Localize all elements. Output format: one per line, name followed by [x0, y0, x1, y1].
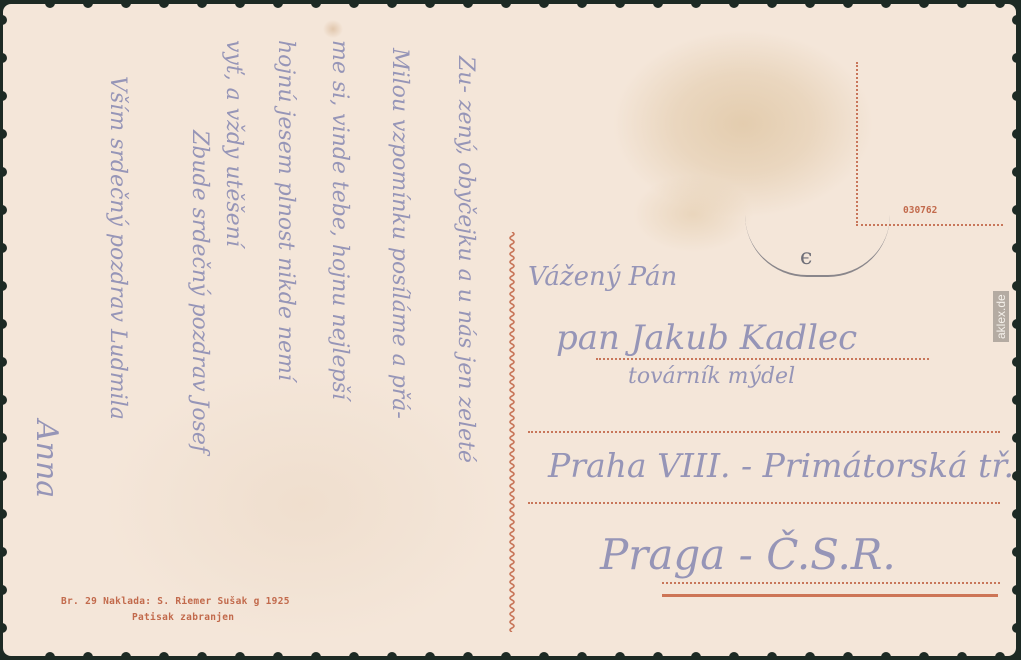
address-line-1 [596, 358, 929, 360]
edge-notch [767, 652, 777, 660]
publisher-notice: Patisak zabranjen [132, 612, 234, 623]
edge-notch [1012, 623, 1021, 633]
edge-notch [45, 652, 55, 660]
edge-notch [691, 652, 701, 660]
message-signature: Anna [29, 420, 64, 498]
message-line: Milou vzpomínku posíláme a přá- [387, 48, 412, 419]
edge-notch [729, 652, 739, 660]
edge-notch [1012, 395, 1021, 405]
edge-notch [881, 652, 891, 660]
address-line-2 [528, 431, 1000, 433]
edge-notch [197, 652, 207, 660]
edge-notch [539, 652, 549, 660]
stamp-area [856, 62, 1003, 226]
message-line: Zu- zený, obyčejku a u nás jen zeleté [453, 56, 478, 463]
message-line: hojnú jesem plnost nikde nemí [273, 40, 298, 381]
address-underline [662, 594, 998, 597]
edge-notch [1012, 547, 1021, 557]
address-line-3 [528, 502, 1000, 504]
message-line: Zbude srdečný pozdrav Josef [187, 130, 212, 453]
edge-notch [615, 652, 625, 660]
edge-notch [387, 652, 397, 660]
edge-notch [1012, 91, 1021, 101]
address-salutation: Vážený Pán [528, 262, 677, 292]
edge-notch [1012, 205, 1021, 215]
address-occupation: továrník mýdel [628, 364, 795, 389]
edge-notch [1012, 281, 1021, 291]
publisher-line: Br. 29 Naklada: S. Riemer Sušak g 1925 [61, 596, 290, 607]
address-line-4 [662, 582, 1000, 584]
wavy-divider [506, 232, 518, 632]
edge-notch [1012, 509, 1021, 519]
edge-notch [653, 652, 663, 660]
edge-notch [577, 652, 587, 660]
edge-notch [1012, 319, 1021, 329]
address-street: Praha VIII. - Primátorská tř. [548, 446, 1014, 485]
watermark: aklex.de [993, 291, 1009, 342]
edge-notch [235, 652, 245, 660]
edge-notch [1012, 129, 1021, 139]
edge-notch [311, 652, 321, 660]
edge-notch [1012, 15, 1021, 25]
edge-notch [957, 652, 967, 660]
edge-notch [1012, 53, 1021, 63]
edge-notch [349, 652, 359, 660]
edge-notch [121, 652, 131, 660]
edge-notch [995, 652, 1005, 660]
edge-notch [1012, 357, 1021, 367]
edge-notch [843, 652, 853, 660]
edge-notch [1012, 433, 1021, 443]
edge-notch [273, 652, 283, 660]
message-line: me si, vinde tebe, hojnu nejlepší [327, 40, 352, 400]
stamp-area-number: 030762 [903, 205, 937, 216]
address-recipient: pan Jakub Kadlec [556, 318, 857, 358]
edge-notch [1012, 585, 1021, 595]
edge-notch [805, 652, 815, 660]
message-line: vyť, a vždy utěšení [221, 40, 246, 247]
edge-notch [159, 652, 169, 660]
edge-notch [83, 652, 93, 660]
postmark-mark: ϵ [800, 245, 812, 270]
edge-notch [919, 652, 929, 660]
address-city-country: Praga - Č.S.R. [600, 530, 896, 579]
edge-notch [1012, 167, 1021, 177]
edge-notch [501, 652, 511, 660]
message-line: Vším srdečný pozdrav Ludmila [105, 76, 130, 420]
edge-notch [463, 652, 473, 660]
edge-notch [425, 652, 435, 660]
edge-notch [1012, 243, 1021, 253]
